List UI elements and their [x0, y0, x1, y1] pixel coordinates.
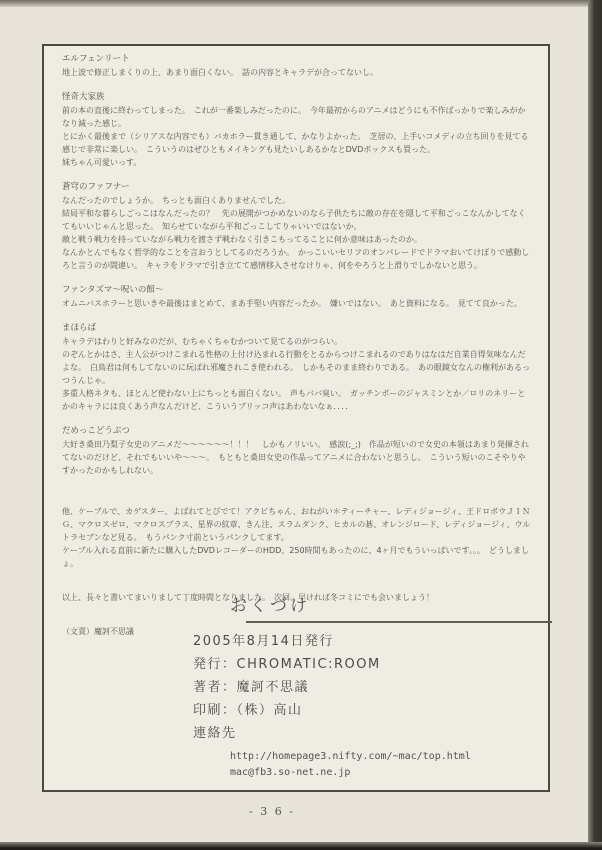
- review-section: エルフェンリート 地上波で修正しまくりの上、あまり面白くない。 話の内容とキャラ…: [62, 53, 532, 79]
- review-paragraph: とにかく最後まで（シリアスな内容でも）バカホラー貫き通して、かなりよかった。 芝…: [62, 130, 532, 156]
- anime-review-text: エルフェンリート 地上波で修正しまくりの上、あまり面白くない。 話の内容とキャラ…: [62, 53, 532, 638]
- review-paragraph: 多重人格ネタも、ほとんど使わない上にちっとも面白くない。 声もババ臭い。 ガッチ…: [62, 387, 532, 413]
- closing-paragraph: 他、ケーブルで、カゲスター、よばれてとびでて！アクビちゃん、おねがい＊ティーチャ…: [62, 505, 532, 544]
- colophon-website: http://homepage3.nifty.com/~mac/top.html: [230, 749, 553, 765]
- okuzuke-heading: おくづけ: [230, 591, 310, 616]
- review-paragraph: なんかとんでもなく哲学的なことを言おうとしてるのだろうか。 かっこいいセリフのオ…: [62, 246, 532, 272]
- scan-edge-top: [0, 0, 602, 7]
- closing-paragraph: ケーブル入れる直前に新たに購入したDVDレコーダーのHDD、250時間もあったの…: [62, 544, 532, 570]
- review-section-title: 怪奇大家族: [62, 91, 532, 104]
- review-section-title: 蒼穹のファフナー: [62, 181, 532, 194]
- colophon-publisher: 発行：CHROMATIC:ROOM: [193, 653, 553, 676]
- scan-edge-bottom: [0, 842, 602, 850]
- review-paragraph: 妹ちゃん可愛いっす。: [62, 156, 532, 169]
- review-paragraph: オムニバスホラーと思いきや最後はまとめて、まあ手堅い内容だったか。 嫌いではない…: [62, 297, 532, 310]
- colophon-email: mac@fb3.so-net.ne.jp: [230, 765, 553, 781]
- review-section: だめっこどうぶつ 大好き桑田乃梨子女史のアニメだ～～～～～～！！！ しかもノリい…: [62, 425, 532, 477]
- review-paragraph: 地上波で修正しまくりの上、あまり面白くない。 話の内容とキャラデが合ってないし。: [62, 66, 532, 79]
- review-section-title: まほらば: [62, 322, 532, 335]
- review-section: 蒼穹のファフナー なんだったのでしょうか。 ちっとも面白くありませんでした。 結…: [62, 181, 532, 272]
- page-number: - 3 6 -: [42, 805, 502, 818]
- review-paragraph: 大好き桑田乃梨子女史のアニメだ～～～～～～！！！ しかもノリいい。 感涙(;_;…: [62, 438, 532, 477]
- okuzuke-underline: [246, 621, 552, 623]
- review-section-title: だめっこどうぶつ: [62, 425, 532, 438]
- colophon-contact-label: 連絡先: [193, 722, 553, 745]
- review-paragraph: なんだったのでしょうか。 ちっとも面白くありませんでした。: [62, 194, 532, 207]
- review-paragraph: 前の本の直後に終わってしまった。 これが一番楽しみだったのに。 今年最初からのア…: [62, 104, 532, 130]
- review-section-title: ファンタズマ～呪いの館～: [62, 284, 532, 297]
- review-paragraph: 結局平和な暮らしごっこはなんだったの？ 先の展開がつかめないのなら子供たちに敵の…: [62, 207, 532, 233]
- review-section: ファンタズマ～呪いの館～ オムニバスホラーと思いきや最後はまとめて、まあ手堅い内…: [62, 284, 532, 310]
- colophon-date: 2005年8月14日発行: [193, 630, 553, 653]
- review-section: まほらば キャラデはわりと好みなのだが、むちゃくちゃむかついて見てるのがつらい。…: [62, 322, 532, 413]
- review-paragraph: 敵と戦う戦力を持っていながら戦力を渡さず戦わなく引きこもってることに何か意味はあ…: [62, 233, 532, 246]
- colophon-block: 2005年8月14日発行 発行：CHROMATIC:ROOM 著者：魔訶不思議 …: [193, 630, 553, 781]
- scanned-page: エルフェンリート 地上波で修正しまくりの上、あまり面白くない。 話の内容とキャラ…: [0, 0, 602, 850]
- review-section: 怪奇大家族 前の本の直後に終わってしまった。 これが一番楽しみだったのに。 今年…: [62, 91, 532, 169]
- colophon-printer: 印刷：（株）高山: [193, 699, 553, 722]
- scan-edge-right: [588, 0, 602, 850]
- review-section-title: エルフェンリート: [62, 53, 532, 66]
- review-paragraph: のぞんとかはさ、主人公がつけこまれる性格の上付け込まれる行動をとるからつけこまれ…: [62, 348, 532, 387]
- colophon-author: 著者：魔訶不思議: [193, 676, 553, 699]
- review-paragraph: キャラデはわりと好みなのだが、むちゃくちゃむかついて見てるのがつらい。: [62, 335, 532, 348]
